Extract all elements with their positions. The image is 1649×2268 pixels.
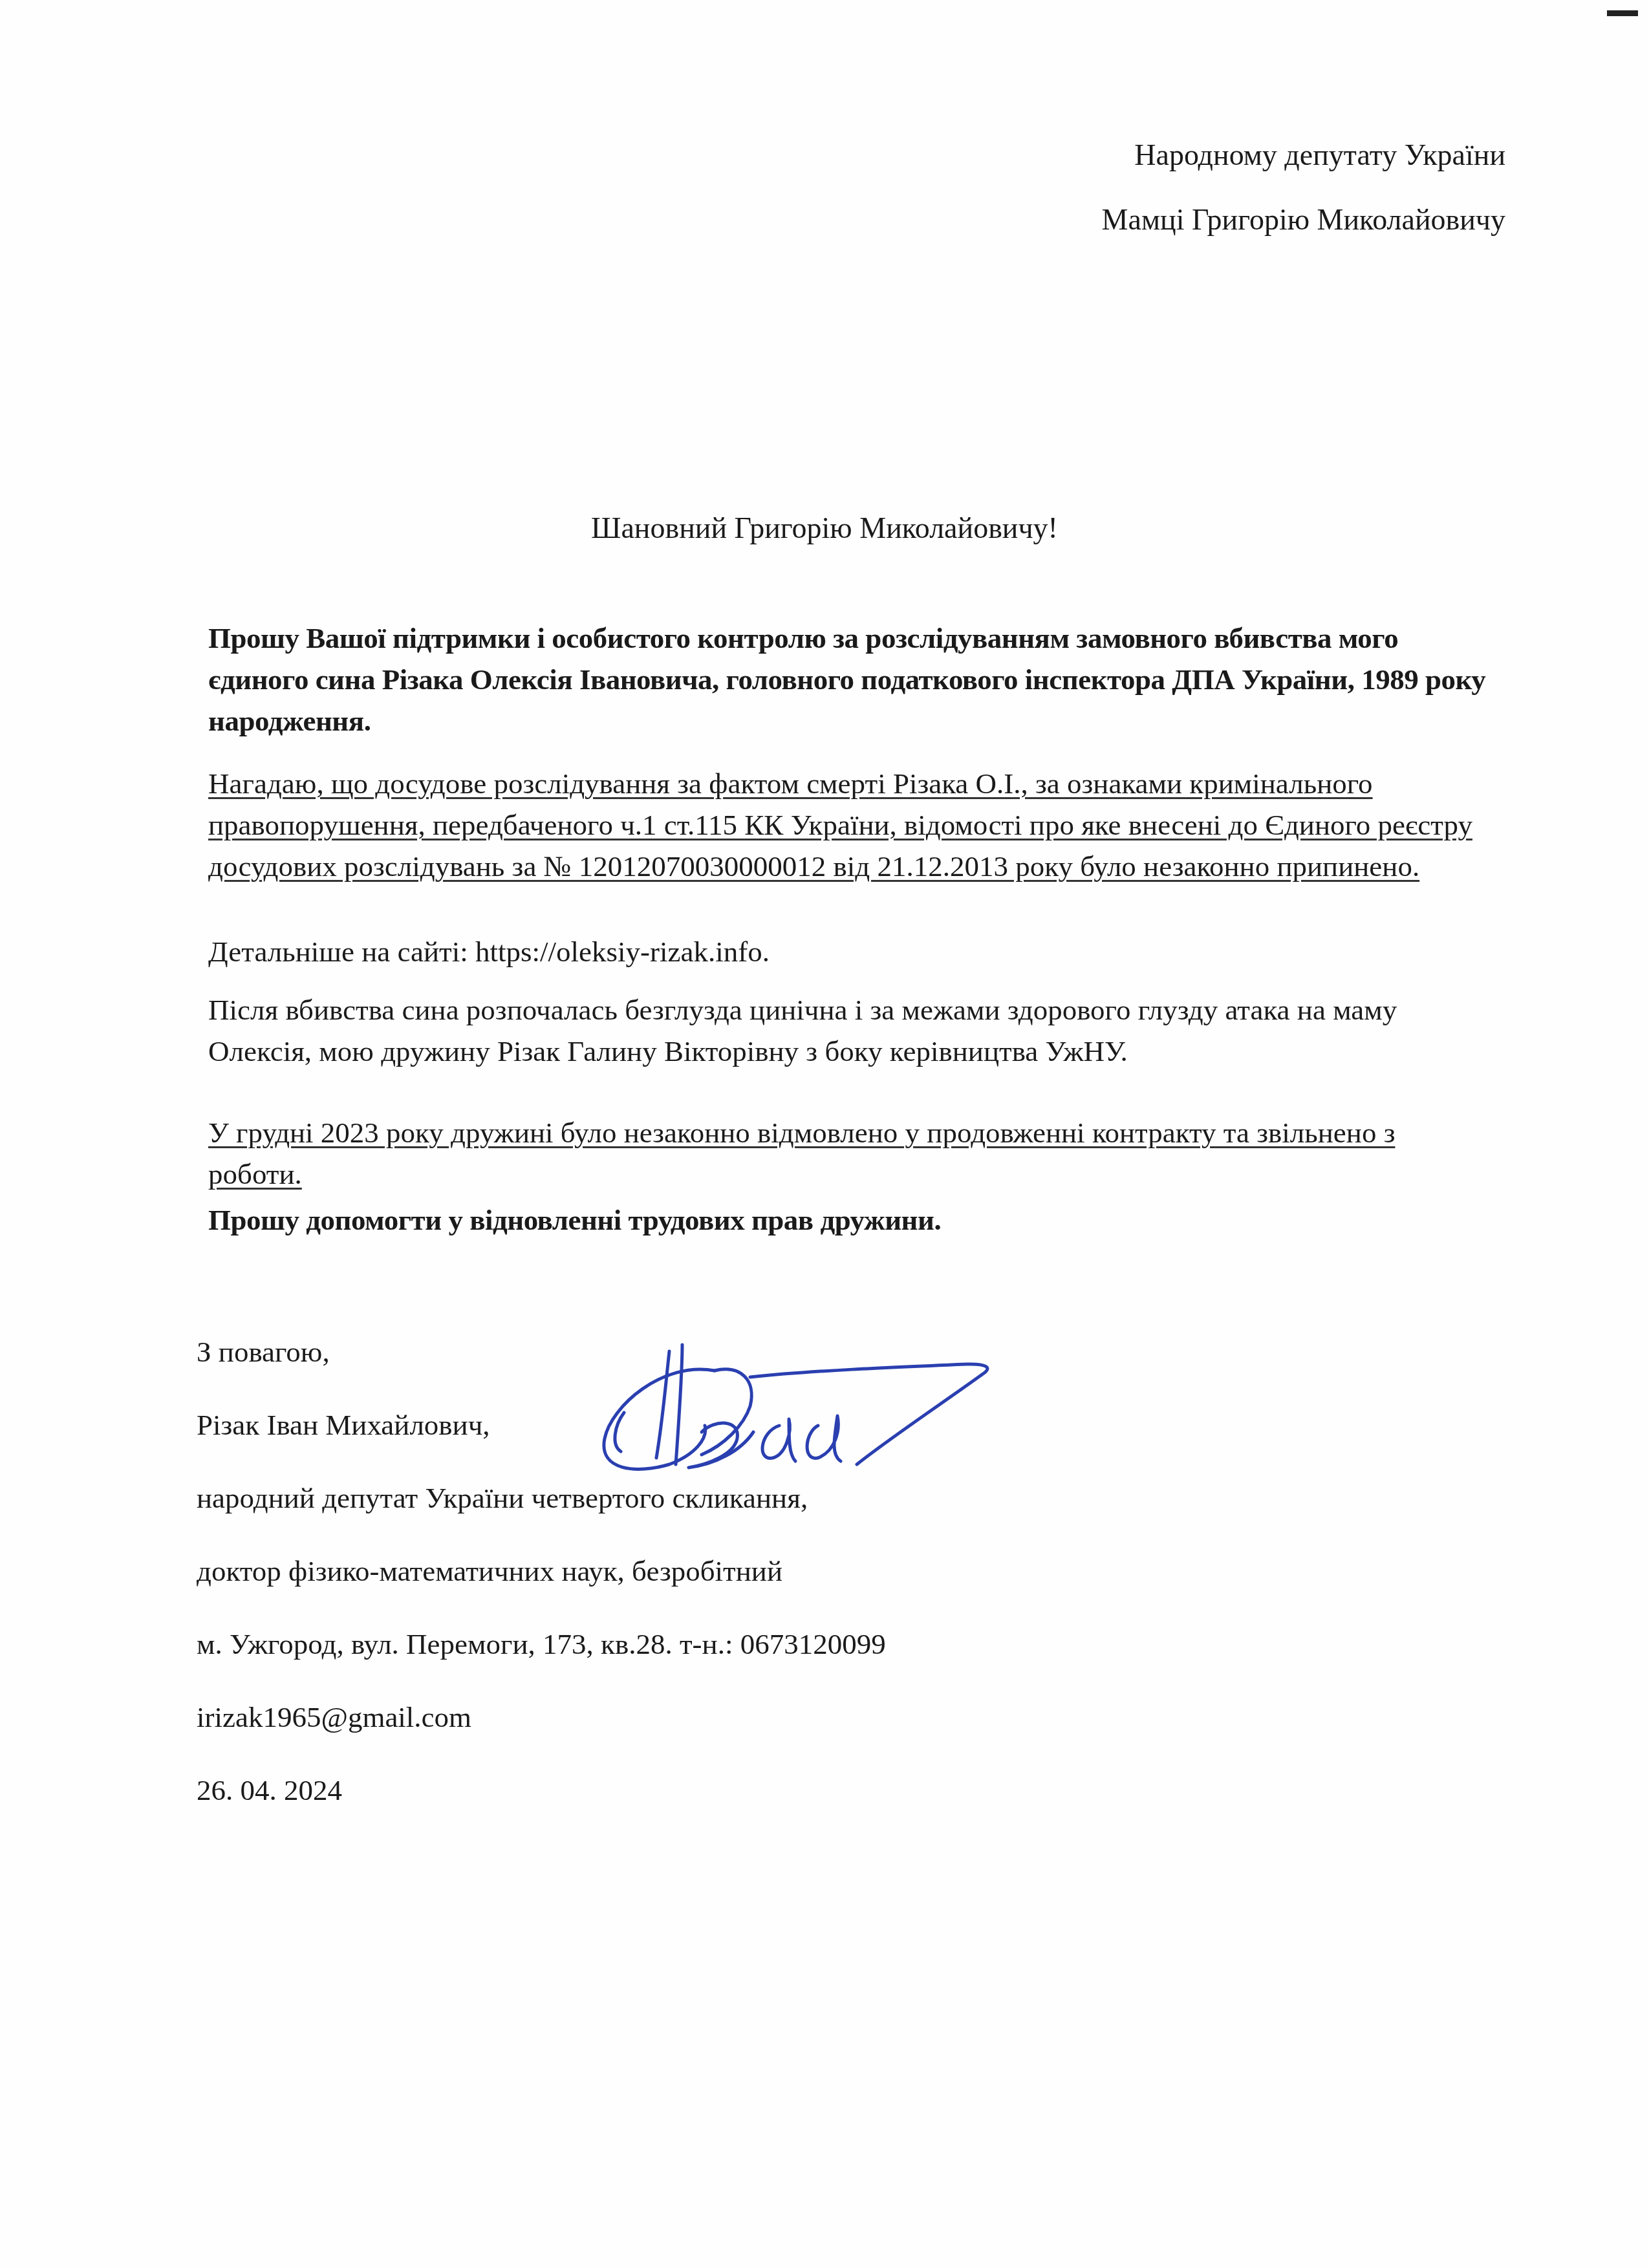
addressee-line-1: Народному депутату України [1102, 123, 1505, 187]
investigation-text: Нагадаю, що досудове розслідування за фа… [208, 767, 1472, 883]
greeting: Шановний Григорію Миколайовичу! [0, 511, 1649, 545]
signer-address: м. Ужгород, вул. Перемоги, 173, кв.28. т… [197, 1608, 886, 1681]
scan-corner-mark [1607, 10, 1638, 16]
letter-page: Народному депутату України Мамці Григорі… [0, 0, 1649, 2268]
handwritten-signature-icon [585, 1335, 1038, 1484]
signer-degree: доктор фізико-математичних наук, безробі… [197, 1535, 886, 1608]
investigation-paragraph: Нагадаю, що досудове розслідування за фа… [208, 763, 1495, 887]
attack-paragraph: Після вбивства сина розпочалась безглузд… [208, 989, 1495, 1072]
addressee-block: Народному депутату України Мамці Григорі… [1102, 123, 1505, 252]
dismissal-paragraph: У грудні 2023 року дружині було незаконн… [208, 1112, 1495, 1195]
request-paragraph: Прошу Вашої підтримки і особистого контр… [208, 617, 1495, 742]
addressee-line-2: Мамці Григорію Миколайовичу [1102, 187, 1505, 252]
letter-date: 26. 04. 2024 [197, 1754, 886, 1827]
website-paragraph: Детальніше на сайті: https://oleksiy-riz… [208, 931, 1495, 972]
help-request-paragraph: Прошу допомогти у відновленні трудових п… [208, 1199, 1495, 1241]
dismissal-text: У грудні 2023 року дружині було незаконн… [208, 1117, 1395, 1190]
signer-email: irizak1965@gmail.com [197, 1681, 886, 1754]
